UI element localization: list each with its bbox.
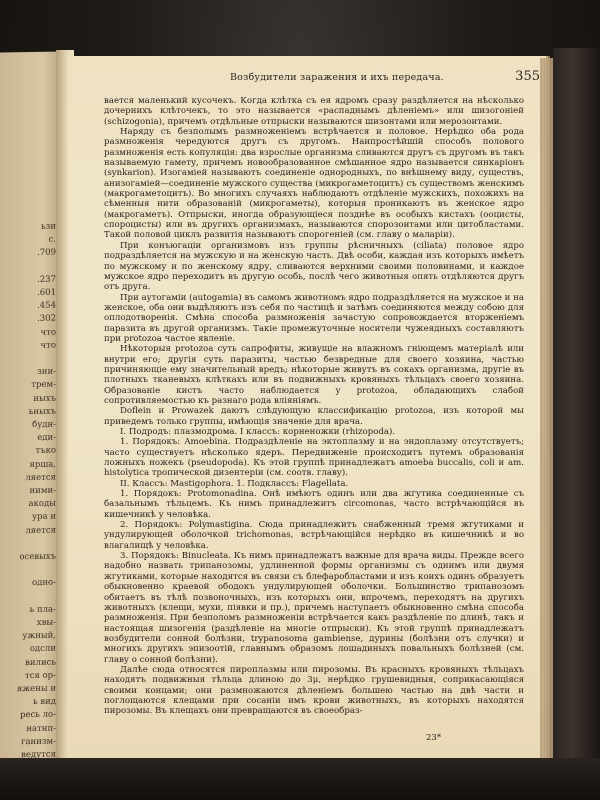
running-head: Возбудители заражения и ихъ передача. xyxy=(230,72,444,83)
left-page-fragment: ура и xyxy=(32,512,56,523)
left-page-fragment: что xyxy=(41,327,56,338)
left-page-fragment: трем- xyxy=(31,380,56,391)
paragraph: 3. Порядокъ: Binucleata. Къ нимъ принадл… xyxy=(104,551,524,665)
left-page-fragment: осевыхъ xyxy=(19,552,56,564)
paragraph: 1. Порядокъ: Amoebina. Подраздѣленіе на … xyxy=(104,437,524,478)
left-page-fragment: будн- xyxy=(32,420,56,431)
left-page-fragment: ужный, xyxy=(22,631,56,643)
left-page-fragment: ьныхъ xyxy=(29,406,56,417)
table-surface-bottom xyxy=(0,758,600,800)
left-page-fragment: ьзи xyxy=(41,222,56,233)
paragraph: Наряду съ безполымъ размноженіемъ встрѣч… xyxy=(104,127,524,241)
book-cover-edge xyxy=(553,48,600,800)
left-page-fragment: ними- xyxy=(30,486,56,497)
left-page-fragment: тъко xyxy=(35,446,56,457)
paragraph: 1. Порядокъ: Protomonadina. Онѣ имѣютъ о… xyxy=(104,489,524,520)
paragraph: При аутогаміи (autogamia) въ самомъ живо… xyxy=(104,293,524,345)
paragraph: Нѣкоторыя protozoa суть сапрофиты, живущ… xyxy=(104,344,524,406)
left-page-fragment: ляется xyxy=(25,525,56,537)
left-page-fragment: хвы- xyxy=(37,618,56,629)
paragraph: вается маленький кусочекъ. Когда клѣтка … xyxy=(104,96,524,127)
left-page-fragment: ресь ло- xyxy=(20,710,56,722)
left-page-fragment: .709 xyxy=(37,248,56,259)
left-page-fragment: акоды xyxy=(29,499,57,510)
paragraph: При конъюгаціи организмовъ изъ группы рѣ… xyxy=(104,241,524,293)
left-page-fragment: тся ор- xyxy=(25,670,56,682)
left-page-fragment: ныхъ xyxy=(33,393,56,404)
left-page-fragment: ляется xyxy=(25,472,56,484)
paragraph: 2. Порядокъ: Polymastigina. Сюда принадл… xyxy=(104,520,524,551)
left-page-text-fragments: ьзис..709.237.601.454.302чточтозни-трем-… xyxy=(0,51,62,52)
left-page-fragment: зни- xyxy=(37,367,56,378)
left-page-fragment: яжены и xyxy=(17,684,56,696)
paragraph: II. Классъ: Mastigophora. 1. Подклассъ: … xyxy=(104,479,524,489)
left-page-fragment: .454 xyxy=(37,301,56,312)
left-page-fragment: ганизм- xyxy=(21,736,56,748)
left-page-fragment: ярша, xyxy=(30,459,56,470)
paragraph: Далѣе сюда относятся пироплазмы или пиро… xyxy=(104,665,524,717)
page-number: 355 xyxy=(515,69,540,84)
page-header: Возбудители заражения и ихъ передача. 35… xyxy=(100,72,540,88)
left-page-fragment: .601 xyxy=(37,288,56,299)
left-page-fragment: ь вид xyxy=(33,697,56,708)
signature-mark: 23* xyxy=(426,733,441,743)
left-page-fragment: одсли xyxy=(30,644,56,655)
left-page-fragment: .302 xyxy=(37,314,56,325)
paragraph: I. Подродъ: плазмодрома. I классъ: корне… xyxy=(104,427,524,437)
left-page-fragment: .237 xyxy=(37,274,56,285)
left-page-fragment: натнп- xyxy=(26,723,56,735)
page-body-text: вается маленький кусочекъ. Когда клѣтка … xyxy=(104,96,524,717)
left-page-fragment: ь пла- xyxy=(30,604,56,615)
left-page-fragment: еди- xyxy=(37,433,56,444)
left-page-fragment: одно- xyxy=(32,578,56,589)
left-page-edge: ьзис..709.237.601.454.302чточтозни-трем-… xyxy=(0,51,62,800)
left-page-fragment: вились xyxy=(25,657,56,669)
paragraph: Doflein и Prowazek даютъ слѣдующую класс… xyxy=(104,406,524,427)
left-page-fragment: с. xyxy=(49,235,56,246)
left-page-fragment: что xyxy=(41,340,56,351)
